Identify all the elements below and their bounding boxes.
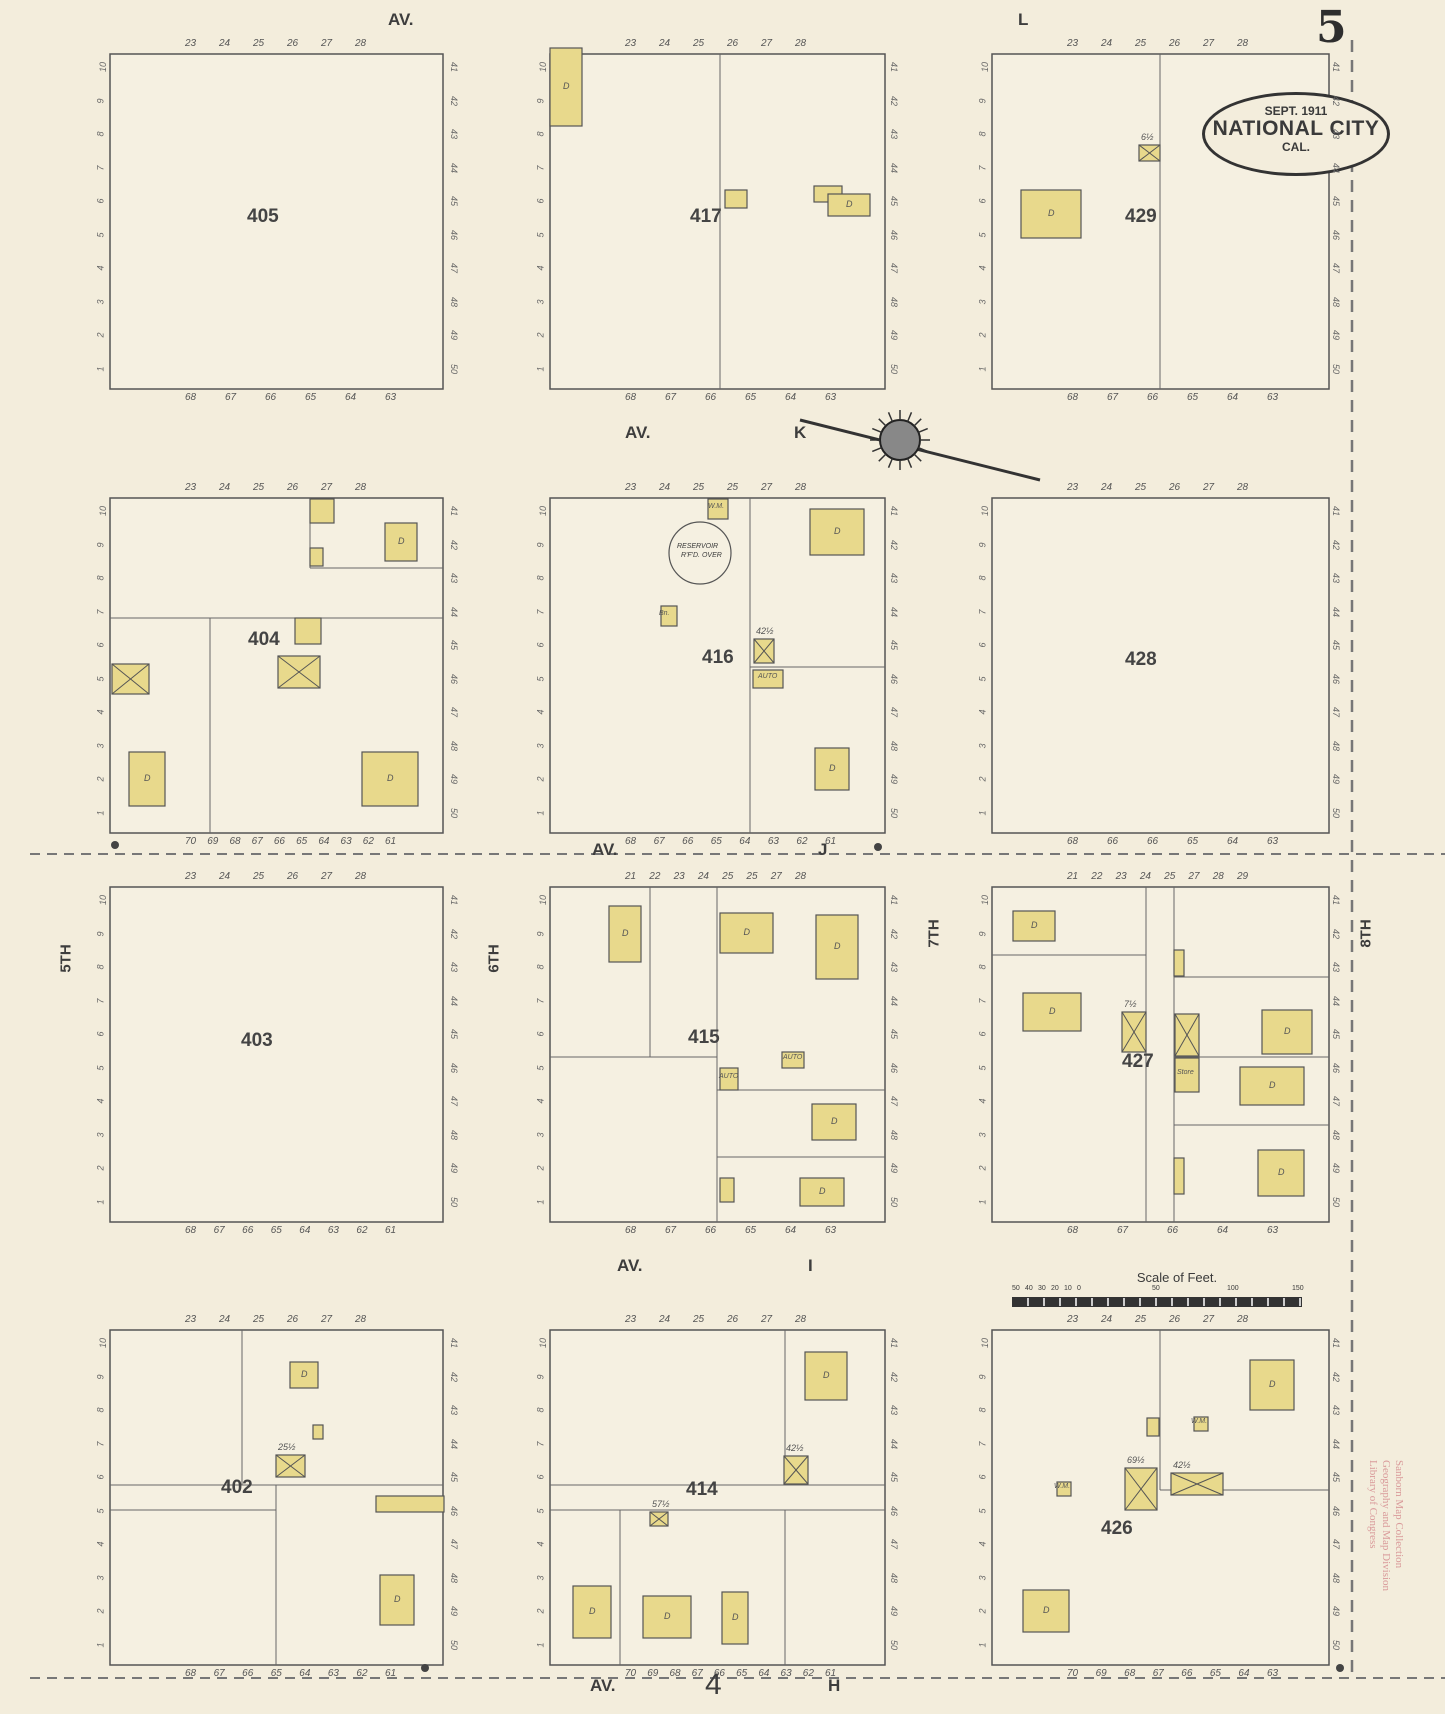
lot-number-right: 48 xyxy=(449,740,459,750)
lot-number-left: 3 xyxy=(96,1132,106,1137)
lot-number: 27 xyxy=(321,38,332,49)
lot-number: 21 xyxy=(1067,871,1078,882)
lot-number-left: 10 xyxy=(980,1338,990,1348)
lot-number: 24 xyxy=(698,871,709,882)
lot-number-right: 44 xyxy=(1331,606,1341,616)
lot-number-left: 6 xyxy=(96,1031,106,1036)
lot-number-left: 8 xyxy=(96,131,106,136)
lot-number-right: 42 xyxy=(889,928,899,938)
lot-number-right: 50 xyxy=(1331,1196,1341,1206)
lot-number-right: 49 xyxy=(449,1163,459,1173)
scale-of-feet: Scale of Feet. 5040302010050100150 xyxy=(1012,1270,1302,1307)
lot-number: 23 xyxy=(625,1314,636,1325)
building-type-label: D xyxy=(1284,1026,1291,1036)
lot-number-left: 4 xyxy=(96,1098,106,1103)
lot-number-right: 44 xyxy=(449,995,459,1005)
lot-number-left: 5 xyxy=(96,1065,106,1070)
lot-number-right: 41 xyxy=(889,1338,899,1348)
lot-number-left: 10 xyxy=(98,895,108,905)
lot-number: 27 xyxy=(321,482,332,493)
lot-number-right: 49 xyxy=(889,1606,899,1616)
building-height-label: 6½ xyxy=(1141,132,1154,142)
lot-number-right: 50 xyxy=(889,1196,899,1206)
lot-number-left: 8 xyxy=(978,131,988,136)
lot-number-right: 49 xyxy=(449,1606,459,1616)
lot-number-right: 42 xyxy=(449,539,459,549)
lot-number: 28 xyxy=(1213,871,1224,882)
lot-number-right: 50 xyxy=(449,807,459,817)
lot-number: 64 xyxy=(345,392,356,403)
lot-number: 66 xyxy=(1181,1668,1192,1679)
lot-number-left: 3 xyxy=(96,299,106,304)
lot-number: 23 xyxy=(185,871,196,882)
lot-number-left: 9 xyxy=(536,931,546,936)
building-type-label: D xyxy=(301,1369,308,1379)
lot-number-left: 10 xyxy=(98,62,108,72)
lot-number-right: 46 xyxy=(889,673,899,683)
lot-number: 62 xyxy=(796,836,807,847)
lot-number: 26 xyxy=(727,38,738,49)
avenue-label: AV. xyxy=(625,423,651,443)
lot-number-right: 41 xyxy=(889,895,899,905)
lot-number-left: 2 xyxy=(96,332,106,337)
lot-number-right: 44 xyxy=(449,162,459,172)
lot-number-left: 6 xyxy=(96,198,106,203)
scale-tick: 10 xyxy=(1064,1285,1072,1292)
lot-number-left: 1 xyxy=(536,1642,546,1647)
lot-number: 26 xyxy=(287,38,298,49)
lot-number: 28 xyxy=(795,482,806,493)
lot-number: 23 xyxy=(625,38,636,49)
lot-number-left: 2 xyxy=(96,1165,106,1170)
lot-number-left: 7 xyxy=(536,609,546,614)
lot-number: 23 xyxy=(185,1314,196,1325)
lot-number-right: 50 xyxy=(1331,363,1341,373)
lot-number-right: 42 xyxy=(889,95,899,105)
lot-number-right: 41 xyxy=(449,62,459,72)
lot-number: 63 xyxy=(1267,1225,1278,1236)
lot-number: 66 xyxy=(242,1225,253,1236)
lot-number-right: 49 xyxy=(889,1163,899,1173)
lot-number-left: 5 xyxy=(536,1508,546,1513)
lot-number-left: 3 xyxy=(536,1575,546,1580)
avenue-letter-K: K xyxy=(794,423,806,443)
lot-number-left: 8 xyxy=(536,575,546,580)
lot-number-left: 4 xyxy=(536,709,546,714)
lot-number-left: 2 xyxy=(536,332,546,337)
lot-number: 63 xyxy=(768,836,779,847)
block-number-426: 426 xyxy=(1101,1518,1133,1540)
scale-tick: 40 xyxy=(1025,1285,1033,1292)
lot-number: 22 xyxy=(1091,871,1102,882)
lot-number: 68 xyxy=(185,392,196,403)
lot-number-left: 1 xyxy=(96,1199,106,1204)
lot-number: 68 xyxy=(1067,836,1078,847)
lot-number-left: 5 xyxy=(978,676,988,681)
lot-number: 63 xyxy=(341,836,352,847)
lot-number: 29 xyxy=(1237,871,1248,882)
hydrant-icon xyxy=(111,841,119,849)
building-type-label: D xyxy=(1278,1167,1285,1177)
lot-number: 28 xyxy=(355,871,366,882)
city-name: NATIONAL CITY xyxy=(1205,118,1387,140)
lot-number-right: 43 xyxy=(889,1405,899,1415)
lot-number: 28 xyxy=(1237,482,1248,493)
lot-number: 64 xyxy=(758,1668,769,1679)
lot-number: 23 xyxy=(1067,1314,1078,1325)
lot-number-right: 50 xyxy=(449,1639,459,1649)
lot-number: 65 xyxy=(305,392,316,403)
building-height-label: 42½ xyxy=(756,626,774,636)
lot-number: 24 xyxy=(659,38,670,49)
lot-number: 66 xyxy=(682,836,693,847)
lot-number-right: 48 xyxy=(449,296,459,306)
scale-tick: 100 xyxy=(1227,1285,1239,1292)
lot-number-right: 46 xyxy=(889,1062,899,1072)
lot-number: 26 xyxy=(727,1314,738,1325)
lot-number-right: 45 xyxy=(1331,1472,1341,1482)
lot-number-left: 1 xyxy=(978,1199,988,1204)
lot-number-left: 4 xyxy=(536,1098,546,1103)
lot-number: 68 xyxy=(229,836,240,847)
dwelling-building xyxy=(310,548,323,566)
lot-number: 25 xyxy=(1135,38,1146,49)
lot-number-right: 41 xyxy=(1331,62,1341,72)
building-type-label: D xyxy=(387,773,394,783)
lot-number: 65 xyxy=(271,1225,282,1236)
lot-number-left: 1 xyxy=(536,1199,546,1204)
lot-number-right: 44 xyxy=(1331,1438,1341,1448)
lot-number-left: 3 xyxy=(978,1575,988,1580)
block-number-405: 405 xyxy=(247,206,279,228)
lot-number-right: 48 xyxy=(449,1572,459,1582)
title-cartouche: SEPT. 1911 NATIONAL CITY CAL. xyxy=(1202,92,1390,176)
lot-number-right: 49 xyxy=(1331,1163,1341,1173)
lot-number: 63 xyxy=(1267,836,1278,847)
lot-number-left: 3 xyxy=(96,743,106,748)
lot-number: 27 xyxy=(1203,482,1214,493)
dwelling-building xyxy=(725,190,747,208)
lot-number: 63 xyxy=(1267,1668,1278,1679)
lot-number-left: 8 xyxy=(536,131,546,136)
lot-number-left: 3 xyxy=(978,299,988,304)
lot-number: 61 xyxy=(385,1668,396,1679)
lot-number-left: 9 xyxy=(978,1374,988,1379)
reservoir-sublabel: R'F'D. OVER xyxy=(681,552,722,559)
lot-number-left: 6 xyxy=(536,1474,546,1479)
lot-number: 25 xyxy=(253,1314,264,1325)
lot-number: 25 xyxy=(693,1314,704,1325)
lot-number-left: 2 xyxy=(978,1165,988,1170)
cross-street-8TH: 8TH xyxy=(1358,919,1375,947)
lot-number-right: 46 xyxy=(889,1505,899,1515)
page-ref-number: 4 xyxy=(705,1668,722,1702)
cross-street-7TH: 7TH xyxy=(926,919,943,947)
lot-number: 67 xyxy=(214,1225,225,1236)
lot-number: 64 xyxy=(299,1225,310,1236)
lot-number-left: 5 xyxy=(978,1065,988,1070)
lot-number-left: 6 xyxy=(978,642,988,647)
lot-number-right: 48 xyxy=(889,740,899,750)
lot-number: 64 xyxy=(1227,836,1238,847)
lot-number-left: 9 xyxy=(96,542,106,547)
lot-number-right: 44 xyxy=(1331,995,1341,1005)
lot-number-left: 4 xyxy=(536,1541,546,1546)
lot-number-left: 2 xyxy=(536,776,546,781)
lot-number-left: 7 xyxy=(978,609,988,614)
lot-number-left: 7 xyxy=(978,998,988,1003)
building-type-label: D xyxy=(1031,920,1038,930)
block-number-428: 428 xyxy=(1125,649,1157,671)
block-number-417: 417 xyxy=(690,206,722,228)
lot-number: 64 xyxy=(1227,392,1238,403)
lot-number-right: 41 xyxy=(889,506,899,516)
building-height-label: 69½ xyxy=(1127,1455,1145,1465)
lot-number: 23 xyxy=(1116,871,1127,882)
lot-number-left: 10 xyxy=(98,1338,108,1348)
lot-number: 26 xyxy=(1169,38,1180,49)
lot-number-left: 6 xyxy=(96,1474,106,1479)
lot-number-left: 10 xyxy=(538,506,548,516)
lot-number-left: 9 xyxy=(978,931,988,936)
scale-ticks: 5040302010050100150 xyxy=(1012,1285,1302,1297)
lot-number-right: 46 xyxy=(449,1505,459,1515)
lot-number: 24 xyxy=(659,1314,670,1325)
lot-number-left: 5 xyxy=(96,676,106,681)
lot-number-right: 48 xyxy=(1331,1129,1341,1139)
lot-number: 62 xyxy=(356,1668,367,1679)
avenue-label: AV. xyxy=(617,1256,643,1276)
lot-number-right: 42 xyxy=(889,539,899,549)
lot-number-right: 45 xyxy=(889,1029,899,1039)
lot-number: 70 xyxy=(1067,1668,1078,1679)
lot-number-left: 7 xyxy=(96,998,106,1003)
lot-number-right: 48 xyxy=(449,1129,459,1139)
lot-number-left: 7 xyxy=(536,998,546,1003)
lot-number: 68 xyxy=(625,1225,636,1236)
lot-number-right: 47 xyxy=(889,263,899,273)
cross-street-6TH: 6TH xyxy=(486,944,503,972)
lot-number-left: 6 xyxy=(536,1031,546,1036)
lot-number: 27 xyxy=(321,871,332,882)
building-type-label: D xyxy=(589,1606,596,1616)
lot-number-right: 48 xyxy=(1331,740,1341,750)
lot-number-right: 46 xyxy=(449,1062,459,1072)
lot-number-right: 45 xyxy=(449,196,459,206)
lot-number-right: 50 xyxy=(1331,807,1341,817)
lot-number: 64 xyxy=(739,836,750,847)
lot-number-right: 45 xyxy=(1331,196,1341,206)
lot-number-left: 7 xyxy=(536,1441,546,1446)
lot-number: 27 xyxy=(321,1314,332,1325)
building-type-label: D xyxy=(744,927,751,937)
building-type-label: D xyxy=(144,773,151,783)
lot-number: 23 xyxy=(185,38,196,49)
lot-number-right: 43 xyxy=(889,129,899,139)
avenue-label: AV. xyxy=(590,1676,616,1696)
lot-number-right: 48 xyxy=(1331,1572,1341,1582)
lot-number-right: 49 xyxy=(1331,774,1341,784)
lot-number: 28 xyxy=(355,482,366,493)
lot-number-left: 10 xyxy=(538,62,548,72)
lot-number: 65 xyxy=(745,1225,756,1236)
lot-number: 27 xyxy=(1188,871,1199,882)
lot-number-left: 1 xyxy=(978,366,988,371)
lot-number: 24 xyxy=(219,38,230,49)
lot-number-right: 47 xyxy=(449,707,459,717)
block-number-414: 414 xyxy=(686,1479,718,1501)
lot-number-left: 10 xyxy=(980,506,990,516)
lot-number-right: 43 xyxy=(1331,573,1341,583)
lot-number-left: 1 xyxy=(96,810,106,815)
lot-number-left: 7 xyxy=(978,1441,988,1446)
lot-number: 66 xyxy=(242,1668,253,1679)
lot-number: 27 xyxy=(761,1314,772,1325)
lot-number-right: 50 xyxy=(1331,1639,1341,1649)
lot-number-right: 49 xyxy=(1331,1606,1341,1616)
lot-number-right: 50 xyxy=(449,363,459,373)
building-type-label: W.M. xyxy=(1191,1418,1207,1425)
lot-number: 68 xyxy=(185,1668,196,1679)
lot-number-right: 42 xyxy=(1331,539,1341,549)
lot-number: 63 xyxy=(825,392,836,403)
block-number-427: 427 xyxy=(1122,1051,1154,1073)
lot-number-left: 2 xyxy=(978,776,988,781)
lot-number: 66 xyxy=(705,1225,716,1236)
lot-number: 25 xyxy=(1135,1314,1146,1325)
lot-number: 23 xyxy=(625,482,636,493)
lot-number-left: 1 xyxy=(96,366,106,371)
lot-number-left: 9 xyxy=(978,98,988,103)
building-type-label: AUTO xyxy=(783,1054,802,1061)
lot-number: 66 xyxy=(1107,836,1118,847)
lot-number: 67 xyxy=(252,836,263,847)
lot-number-left: 5 xyxy=(536,676,546,681)
block-outline xyxy=(110,887,443,1222)
scale-tick: 20 xyxy=(1051,1285,1059,1292)
lot-number: 66 xyxy=(274,836,285,847)
lot-number-left: 6 xyxy=(536,198,546,203)
lot-number: 26 xyxy=(1169,482,1180,493)
building-type-label: D xyxy=(846,199,853,209)
cross-street-5TH: 5TH xyxy=(58,944,75,972)
building-type-label: D xyxy=(394,1594,401,1604)
lot-number: 24 xyxy=(1101,1314,1112,1325)
lot-number: 69 xyxy=(207,836,218,847)
lot-number: 68 xyxy=(1124,1668,1135,1679)
lot-number: 28 xyxy=(795,871,806,882)
lot-number: 65 xyxy=(271,1668,282,1679)
lot-number-right: 43 xyxy=(449,129,459,139)
lot-number: 27 xyxy=(761,482,772,493)
lot-number: 62 xyxy=(363,836,374,847)
lot-number-left: 9 xyxy=(96,1374,106,1379)
lot-number-right: 44 xyxy=(889,162,899,172)
lot-number-right: 43 xyxy=(889,573,899,583)
lot-number: 25 xyxy=(722,871,733,882)
lot-number-left: 10 xyxy=(538,895,548,905)
lot-number-left: 9 xyxy=(536,542,546,547)
lot-number: 64 xyxy=(785,1225,796,1236)
map-date: SEPT. 1911 xyxy=(1205,104,1387,118)
lot-number-left: 8 xyxy=(536,964,546,969)
lot-number-left: 6 xyxy=(978,1474,988,1479)
lot-number-right: 41 xyxy=(1331,895,1341,905)
lot-number: 26 xyxy=(287,871,298,882)
dwelling-building xyxy=(720,1178,734,1202)
lot-number-right: 41 xyxy=(449,506,459,516)
lot-number: 67 xyxy=(654,836,665,847)
lot-number-right: 47 xyxy=(449,1539,459,1549)
building-type-label: AUTO xyxy=(719,1073,738,1080)
lot-number: 25 xyxy=(693,38,704,49)
building-type-label: D xyxy=(1269,1379,1276,1389)
lot-number: 63 xyxy=(328,1668,339,1679)
building-type-label: D xyxy=(831,1116,838,1126)
lot-number-right: 45 xyxy=(1331,640,1341,650)
lot-number: 24 xyxy=(219,871,230,882)
lot-number: 70 xyxy=(625,1668,636,1679)
lot-number-left: 7 xyxy=(96,1441,106,1446)
lot-number-left: 4 xyxy=(978,709,988,714)
building-type-label: D xyxy=(732,1612,739,1622)
lot-number-right: 46 xyxy=(889,229,899,239)
building-type-label: Bn. xyxy=(659,610,670,617)
reservoir-label: RESERVOIR xyxy=(677,543,718,550)
lot-number-left: 10 xyxy=(98,506,108,516)
lot-number: 66 xyxy=(265,392,276,403)
lot-number-left: 3 xyxy=(96,1575,106,1580)
lot-number: 68 xyxy=(625,392,636,403)
lot-number: 62 xyxy=(356,1225,367,1236)
lot-number-left: 2 xyxy=(96,776,106,781)
lot-number: 66 xyxy=(1147,392,1158,403)
lot-number-right: 42 xyxy=(449,1371,459,1381)
lot-number-left: 3 xyxy=(978,743,988,748)
lot-number: 65 xyxy=(736,1668,747,1679)
avenue-letter-I: I xyxy=(808,1256,813,1276)
lot-number: 25 xyxy=(1164,871,1175,882)
building-type-label: D xyxy=(1049,1006,1056,1016)
building-type-label: D xyxy=(563,81,570,91)
lot-number-left: 5 xyxy=(536,1065,546,1070)
lot-number: 67 xyxy=(665,1225,676,1236)
lot-number-left: 9 xyxy=(978,542,988,547)
lot-number-left: 2 xyxy=(96,1608,106,1613)
building-type-label: D xyxy=(834,526,841,536)
lot-number-right: 44 xyxy=(449,606,459,616)
lot-number-right: 42 xyxy=(1331,95,1341,105)
lot-number: 24 xyxy=(1101,482,1112,493)
lot-number-left: 4 xyxy=(96,709,106,714)
lot-number: 23 xyxy=(185,482,196,493)
lot-number: 65 xyxy=(1210,1668,1221,1679)
lot-number-left: 4 xyxy=(978,1541,988,1546)
lot-number-right: 45 xyxy=(449,640,459,650)
lot-number-left: 5 xyxy=(978,1508,988,1513)
lot-number-left: 4 xyxy=(536,265,546,270)
lot-number: 61 xyxy=(385,836,396,847)
scale-title: Scale of Feet. xyxy=(1052,1270,1302,1285)
lot-number-left: 4 xyxy=(978,1098,988,1103)
lot-number-right: 46 xyxy=(449,673,459,683)
lot-number: 27 xyxy=(761,38,772,49)
lot-number: 27 xyxy=(1203,38,1214,49)
lot-number-left: 6 xyxy=(96,642,106,647)
scale-tick: 50 xyxy=(1012,1285,1020,1292)
lot-number: 65 xyxy=(296,836,307,847)
lot-number-left: 10 xyxy=(980,62,990,72)
